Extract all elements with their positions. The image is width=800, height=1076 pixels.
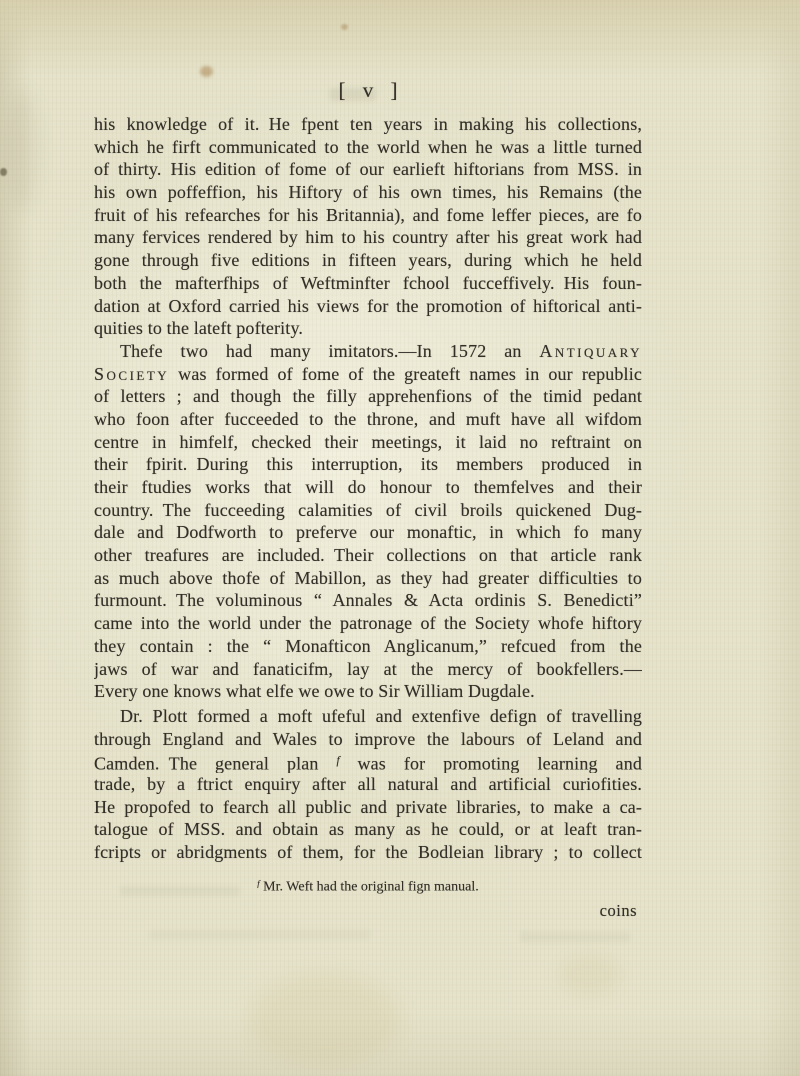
- text-segment: came into the world under the patronage …: [94, 613, 642, 633]
- text-segment: his own poffeffion, his Hiftory of his o…: [94, 182, 642, 202]
- footnote: f Mr. Weft had the original fign manual.: [94, 878, 642, 895]
- text-segment: talogue of MSS. and obtain as many as he…: [94, 819, 642, 839]
- text-line: Every one knows what elfe we owe to Sir …: [94, 680, 642, 703]
- paper-stain: [8, 90, 38, 210]
- text-line: fcripts or abridgments of them, for the …: [94, 841, 642, 864]
- text-line: centre in himfelf, checked their meeting…: [94, 431, 642, 454]
- text-segment: was for promoting learning and: [340, 754, 642, 773]
- text-segment: as much above thofe of Mabillon, as they…: [94, 568, 642, 588]
- paper-stain: [341, 24, 348, 30]
- text-line: trade, by a ftrict enquiry after all nat…: [94, 773, 642, 796]
- text-line: both the mafterfhips of Weftminfter fcho…: [94, 272, 642, 295]
- page-number: [ v ]: [94, 78, 642, 108]
- text-line: jaws of war and fanaticifm, lay at the m…: [94, 658, 642, 681]
- text-segment: which he firft communicated to the world…: [94, 137, 642, 157]
- text-line: Society was formed of fome of the greate…: [94, 363, 642, 386]
- text-segment: both the mafterfhips of Weftminfter fcho…: [94, 273, 642, 293]
- text-line: who foon after fucceeded to the throne, …: [94, 408, 642, 431]
- text-line: He propofed to fearch all public and pri…: [94, 796, 642, 819]
- text-line: they contain : the “ Monafticon Anglican…: [94, 635, 642, 658]
- paper-stain: [0, 168, 7, 176]
- text-segment: their fpirit. During this interruption, …: [94, 454, 642, 474]
- paragraph: Thefe two had many imitators.—In 1572 an…: [94, 340, 642, 703]
- text-line: Dr. Plott formed a moft ufeful and exten…: [94, 705, 642, 728]
- text-segment: dation at Oxford carried his views for t…: [94, 296, 642, 316]
- showthrough-mark: [150, 930, 370, 939]
- text-line: country. The fucceeding calamities of ci…: [94, 499, 642, 522]
- text-segment: country. The fucceeding calamities of ci…: [94, 500, 642, 520]
- text-segment: Thefe two had many imitators.—In 1572 an: [120, 341, 539, 361]
- text-segment: of letters ; and though the filly appreh…: [94, 386, 642, 406]
- text-line: gone through five editions in fifteen ye…: [94, 249, 642, 272]
- text-segment: they contain : the “ Monafticon Anglican…: [94, 636, 642, 656]
- text-line: of letters ; and though the filly appreh…: [94, 385, 642, 408]
- text-line: as much above thofe of Mabillon, as they…: [94, 567, 642, 590]
- text-line: quities to the lateft pofterity.: [94, 317, 642, 340]
- text-segment: Mr. Weft had the original fign manual.: [260, 879, 479, 894]
- text-line: his knowledge of it. He fpent ten years …: [94, 113, 642, 136]
- text-line: his own poffeffion, his Hiftory of his o…: [94, 181, 642, 204]
- paragraph: Dr. Plott formed a moft ufeful and exten…: [94, 705, 642, 864]
- text-segment: fcripts or abridgments of them, for the …: [94, 842, 642, 862]
- text-line: came into the world under the patronage …: [94, 612, 642, 635]
- book-page: [ v ] his knowledge of it. He fpent ten …: [0, 0, 800, 1076]
- text-segment: Every one knows what elfe we owe to Sir …: [94, 681, 535, 701]
- text-column: his knowledge of it. He fpent ten years …: [94, 113, 642, 864]
- text-line: other treafures are included. Their coll…: [94, 544, 642, 567]
- text-line: which he firft communicated to the world…: [94, 136, 642, 159]
- text-line: Camden. The general plan f was for promo…: [94, 750, 642, 773]
- text-line: their ftudies works that will do honour …: [94, 476, 642, 499]
- text-segment: many fervices rendered by him to his cou…: [94, 227, 642, 247]
- text-line: furmount. The voluminous “ Annales & Act…: [94, 589, 642, 612]
- text-segment: jaws of war and fanaticifm, lay at the m…: [94, 659, 642, 679]
- catchword: coins: [94, 901, 642, 921]
- text-segment: centre in himfelf, checked their meeting…: [94, 432, 642, 452]
- text-segment: who foon after fucceeded to the throne, …: [94, 409, 642, 429]
- text-line: their fpirit. During this interruption, …: [94, 453, 642, 476]
- text-segment: his knowledge of it. He fpent ten years …: [94, 114, 642, 134]
- smallcaps-text: Antiquary: [539, 341, 642, 361]
- text-segment: of thirty. His edition of fome of our ea…: [94, 159, 642, 179]
- text-segment: quities to the lateft pofterity.: [94, 318, 303, 338]
- text-line: dation at Oxford carried his views for t…: [94, 295, 642, 318]
- text-line: fruit of his refearches for his Britanni…: [94, 204, 642, 227]
- text-segment: dale and Dodfworth to preferve our monaf…: [94, 522, 642, 542]
- paper-stain: [560, 955, 620, 995]
- text-segment: Dr. Plott formed a moft ufeful and exten…: [120, 706, 642, 726]
- text-line: talogue of MSS. and obtain as many as he…: [94, 818, 642, 841]
- paragraph: his knowledge of it. He fpent ten years …: [94, 113, 642, 340]
- paper-stain: [200, 66, 213, 77]
- text-segment: Camden. The general plan: [94, 754, 336, 773]
- text-line: through England and Wales to improve the…: [94, 728, 642, 751]
- text-segment: furmount. The voluminous “ Annales & Act…: [94, 590, 642, 610]
- showthrough-mark: [520, 932, 630, 942]
- text-segment: trade, by a ftrict enquiry after all nat…: [94, 774, 642, 794]
- text-segment: was formed of fome of the greateft names…: [169, 364, 642, 384]
- text-line: Thefe two had many imitators.—In 1572 an…: [94, 340, 642, 363]
- text-line: of thirty. His edition of fome of our ea…: [94, 158, 642, 181]
- paper-stain: [250, 975, 400, 1065]
- text-segment: He propofed to fearch all public and pri…: [94, 797, 642, 817]
- text-segment: through England and Wales to improve the…: [94, 729, 642, 749]
- smallcaps-text: Society: [94, 364, 169, 384]
- text-segment: fruit of his refearches for his Britanni…: [94, 205, 642, 225]
- text-line: dale and Dodfworth to preferve our monaf…: [94, 521, 642, 544]
- text-line: many fervices rendered by him to his cou…: [94, 226, 642, 249]
- text-segment: their ftudies works that will do honour …: [94, 477, 642, 497]
- text-segment: gone through five editions in fifteen ye…: [94, 250, 642, 270]
- text-segment: other treafures are included. Their coll…: [94, 545, 642, 565]
